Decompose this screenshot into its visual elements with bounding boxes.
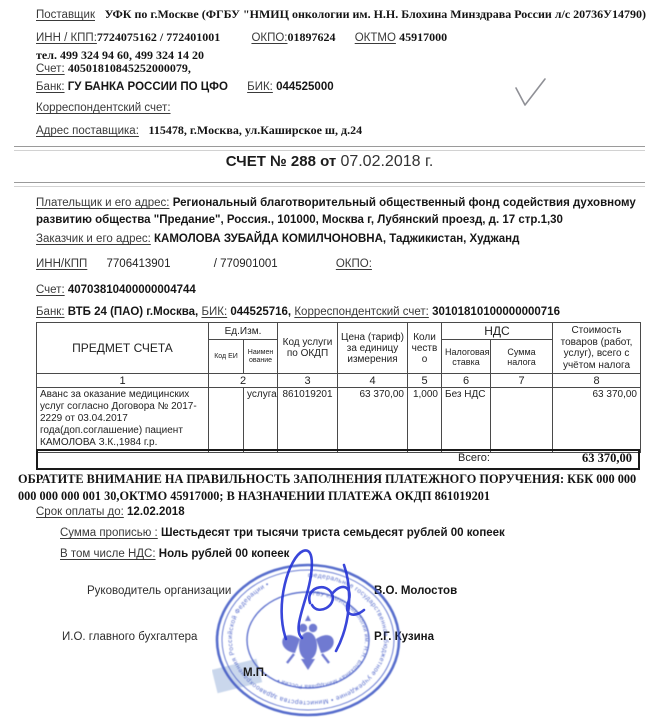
amount-words-value: Шестьдесят три тысячи триста семьдесят р… [161, 527, 505, 539]
invoice-number: СЧЕТ № 288 от [226, 153, 337, 170]
attention-note: ОБРАТИТЕ ВНИМАНИЕ НА ПРАВИЛЬНОСТЬ ЗАПОЛН… [18, 471, 647, 504]
payer-inn-kpp-label: ИНН/КПП [36, 258, 87, 270]
col-number: 6 [442, 374, 491, 388]
payer-slash: / [214, 258, 217, 270]
bik-value: 044525000 [276, 81, 334, 93]
customer-label: Заказчик и его адрес: [36, 233, 151, 245]
cell-qty: 1,000 [408, 388, 442, 453]
customer-name: КАМОЛОВА ЗУБАЙДА КОМИЛЧОНОВНА, Таджикист… [154, 233, 519, 245]
cell-vat-sum [491, 388, 553, 453]
supplier-label: Поставщик [36, 9, 95, 21]
cell-price: 63 370,00 [338, 388, 408, 453]
director-label: Руководитель организации [87, 585, 231, 597]
oktmo-value: 45917000 [399, 30, 447, 44]
payer-bank: ВТБ 24 (ПАО) г.Москва, [68, 306, 199, 318]
bank-value: ГУ БАНКА РОССИИ ПО ЦФО [68, 81, 228, 93]
col-number: 2 [209, 374, 278, 388]
amount-words-label: Сумма прописью : [60, 527, 158, 539]
col-price-header: Цена (тариф) за единицу измерения [338, 323, 408, 374]
okpo-value: 01897624 [288, 30, 336, 44]
payer-bik-label: БИК: [201, 306, 227, 318]
col-unit-code-header: Код ЕИ [209, 340, 244, 374]
inn-kpp-label: ИНН / КПП: [36, 32, 97, 44]
stamp-place-label: М.П. [243, 667, 267, 679]
col-subject-header: ПРЕДМЕТ СЧЕТА [37, 323, 209, 374]
bik-label: БИК: [247, 81, 273, 93]
invoice-document: Поставщик УФК по г.Москве (ФГБУ "НМИЦ он… [0, 0, 659, 728]
divider-top [14, 146, 645, 151]
total-label: Всего: [458, 452, 490, 464]
payer-bank-label: Банк: [36, 306, 65, 318]
col-number: 4 [338, 374, 408, 388]
bank-label: Банк: [36, 81, 65, 93]
total-row: Всего: 63 370,00 [36, 449, 640, 470]
address-value: 115478, г.Москва, ул.Каширское ш, д.24 [149, 123, 363, 137]
inn-kpp-value: 7724075162 / 772401001 [97, 30, 220, 44]
cell-cost: 63 370,00 [553, 388, 641, 453]
cell-service-code: 861019201 [278, 388, 338, 453]
accountant-label: И.О. главного бухгалтера [62, 631, 197, 643]
due-date-label: Срок оплаты до: [36, 506, 124, 518]
checkmark-icon [508, 76, 548, 110]
col-service-code-header: Код услуги по ОКДП [278, 323, 338, 374]
payer-okpo-label: ОКПО: [336, 258, 372, 270]
payer-account-line: Счет: 40703810400000004744 [36, 284, 651, 296]
cell-vat-rate: Без НДС [442, 388, 491, 453]
cell-subject: Аванс за оказание медицинских услуг согл… [37, 388, 209, 453]
payer-bank-line: Банк: ВТБ 24 (ПАО) г.Москва, БИК: 044525… [36, 306, 651, 318]
col-vat-rate-header: Налоговая ставка [442, 340, 491, 374]
col-vat-group-header: НДС [442, 323, 553, 340]
col-number: 8 [553, 374, 641, 388]
col-number: 7 [491, 374, 553, 388]
col-unit-group-header: Ед.Изм. [209, 323, 278, 340]
supplier-name: УФК по г.Москве (ФГБУ "НМИЦ онкологии им… [105, 7, 646, 21]
amount-words-line: Сумма прописью : Шестьдесят три тысячи т… [60, 527, 651, 539]
customer-line: Заказчик и его адрес: КАМОЛОВА ЗУБАЙДА К… [36, 233, 651, 245]
divider-title [14, 182, 645, 187]
col-qty-header: Количество [408, 323, 442, 374]
supplier-inn-line: ИНН / КПП:7724075162 / 772401001 ОКПО:01… [36, 30, 651, 45]
payer-inn: 7706413901 [107, 258, 171, 270]
oktmo-label: ОКТМО [355, 32, 396, 44]
col-unit-name-header: Наименование [244, 340, 278, 374]
payer-line: Плательщик и его адрес: Региональный бла… [36, 195, 651, 229]
cell-unit-name: услуга [244, 388, 278, 453]
items-table: ПРЕДМЕТ СЧЕТА Ед.Изм. Код услуги по ОКДП… [36, 322, 641, 453]
vat-words-label: В том числе НДС: [60, 548, 156, 560]
supplier-line: Поставщик УФК по г.Москве (ФГБУ "НМИЦ он… [36, 7, 651, 22]
corr-label: Корреспондентский счет: [36, 102, 171, 114]
col-cost-header: Стоимость товаров (работ, услуг), всего … [553, 323, 641, 374]
address-label: Адрес поставщика: [36, 125, 139, 137]
table-row: Аванс за оказание медицинских услуг согл… [37, 388, 641, 453]
col-vat-sum-header: Сумма налога [491, 340, 553, 374]
invoice-title: СЧЕТ № 288 от 07.02.2018 г. [0, 153, 659, 171]
supplier-account-line: Счет: 40501810845252000079, [36, 61, 651, 76]
account-label: Счет: [36, 63, 65, 75]
total-value: 63 370,00 [582, 451, 632, 466]
payer-account: 40703810400000004744 [68, 284, 196, 296]
invoice-date: 07.02.2018 г. [340, 153, 433, 170]
payer-corr: 30101810100000000716 [432, 306, 560, 318]
okpo-label: ОКПО: [251, 32, 287, 44]
cell-unit-code [209, 388, 244, 453]
supplier-bank-line: Банк: ГУ БАНКА РОССИИ ПО ЦФО БИК: 044525… [36, 81, 651, 93]
payer-corr-label: Корреспондентский счет: [294, 306, 429, 318]
payer-bik: 044525716, [230, 306, 291, 318]
col-number: 1 [37, 374, 209, 388]
payer-account-label: Счет: [36, 284, 65, 296]
payer-inn-line: ИНН/КПП 7706413901 / 770901001 ОКПО: [36, 258, 651, 270]
col-number: 3 [278, 374, 338, 388]
account-value: 40501810845252000079, [68, 61, 191, 75]
due-date-line: Срок оплаты до: 12.02.2018 [36, 506, 651, 518]
payer-label: Плательщик и его адрес: [36, 197, 169, 209]
director-signature [256, 543, 378, 655]
supplier-corr-line: Корреспондентский счет: [36, 102, 651, 114]
due-date-value: 12.02.2018 [127, 506, 185, 518]
payer-kpp: 770901001 [220, 258, 278, 270]
col-number: 5 [408, 374, 442, 388]
supplier-address-line: Адрес поставщика: 115478, г.Москва, ул.К… [36, 123, 651, 138]
